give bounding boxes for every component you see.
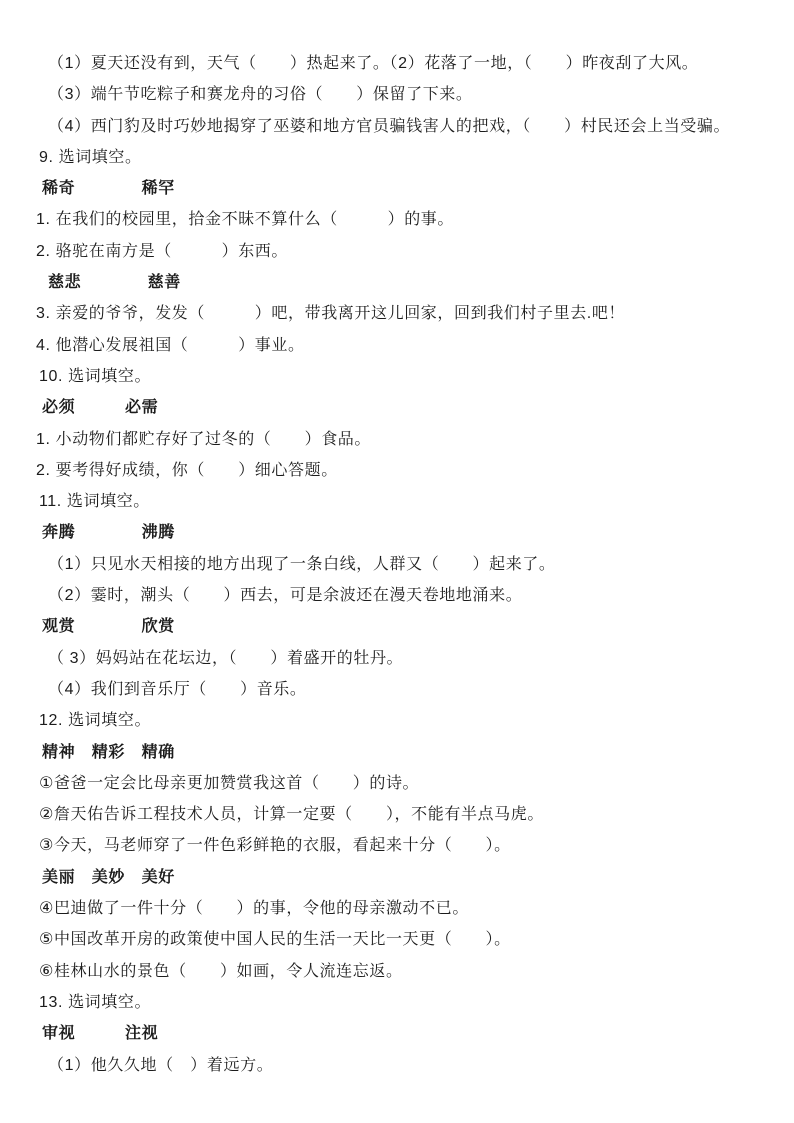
exercise-item: ⑤中国改革开房的政策使中国人民的生活一天比一天更（ ）。 [36, 924, 754, 955]
exercise-item: （4）我们到音乐厅（ ）音乐。 [36, 674, 754, 705]
word-bank: 必须 必需 [36, 392, 754, 423]
section-13-title: 13. 选词填空。 [36, 987, 754, 1018]
worksheet-page: （1）夏天还没有到，天气（ ）热起来了。（2）花落了一地，（ ）昨夜刮了大风。 … [0, 0, 794, 1123]
word-bank: 美丽 美妙 美好 [36, 862, 754, 893]
exercise-item: （1）夏天还没有到，天气（ ）热起来了。（2）花落了一地，（ ）昨夜刮了大风。 [36, 48, 754, 79]
section-10-title: 10. 选词填空。 [36, 361, 754, 392]
exercise-item: 2. 要考得好成绩，你（ ）细心答题。 [36, 455, 754, 486]
exercise-item: ③今天，马老师穿了一件色彩鲜艳的衣服，看起来十分（ ）。 [36, 830, 754, 861]
exercise-item: （1）他久久地（ ）着远方。 [36, 1050, 754, 1081]
exercise-item: ②詹天佑告诉工程技术人员，计算一定要（ ），不能有半点马虎。 [36, 799, 754, 830]
section-12-title: 12. 选词填空。 [36, 705, 754, 736]
exercise-item: ①爸爸一定会比母亲更加赞赏我这首（ ）的诗。 [36, 768, 754, 799]
exercise-item: 1. 小动物们都贮存好了过冬的（ ）食品。 [36, 424, 754, 455]
word-bank: 稀奇 稀罕 [36, 173, 754, 204]
exercise-item: 1. 在我们的校园里，拾金不昧不算什么（ ）的事。 [36, 204, 754, 235]
section-9-title: 9. 选词填空。 [36, 142, 754, 173]
word-bank: 奔腾 沸腾 [36, 517, 754, 548]
exercise-item: ⑥桂林山水的景色（ ）如画，令人流连忘返。 [36, 956, 754, 987]
word-bank: 精神 精彩 精确 [36, 737, 754, 768]
exercise-item: 3. 亲爱的爷爷，发发（ ）吧，带我离开这儿回家，回到我们村子里去.吧！ [36, 298, 754, 329]
word-bank: 观赏 欣赏 [36, 611, 754, 642]
exercise-item: ④巴迪做了一件十分（ ）的事，令他的母亲激动不已。 [36, 893, 754, 924]
exercise-item: （1）只见水天相接的地方出现了一条白线，人群又（ ）起来了。 [36, 549, 754, 580]
word-bank: 慈悲 慈善 [36, 267, 754, 298]
exercise-item: （4）西门豹及时巧妙地揭穿了巫婆和地方官员骗钱害人的把戏，（ ）村民还会上当受骗… [36, 111, 754, 142]
exercise-item: （3）端午节吃粽子和赛龙舟的习俗（ ）保留了下来。 [36, 79, 754, 110]
section-11-title: 11. 选词填空。 [36, 486, 754, 517]
exercise-item: （2）霎时，潮头（ ）西去，可是余波还在漫天卷地地涌来。 [36, 580, 754, 611]
exercise-item: 4. 他潜心发展祖国（ ）事业。 [36, 330, 754, 361]
exercise-item: 2. 骆驼在南方是（ ）东西。 [36, 236, 754, 267]
exercise-item: （ 3）妈妈站在花坛边，（ ）着盛开的牡丹。 [36, 643, 754, 674]
word-bank: 审视 注视 [36, 1018, 754, 1049]
